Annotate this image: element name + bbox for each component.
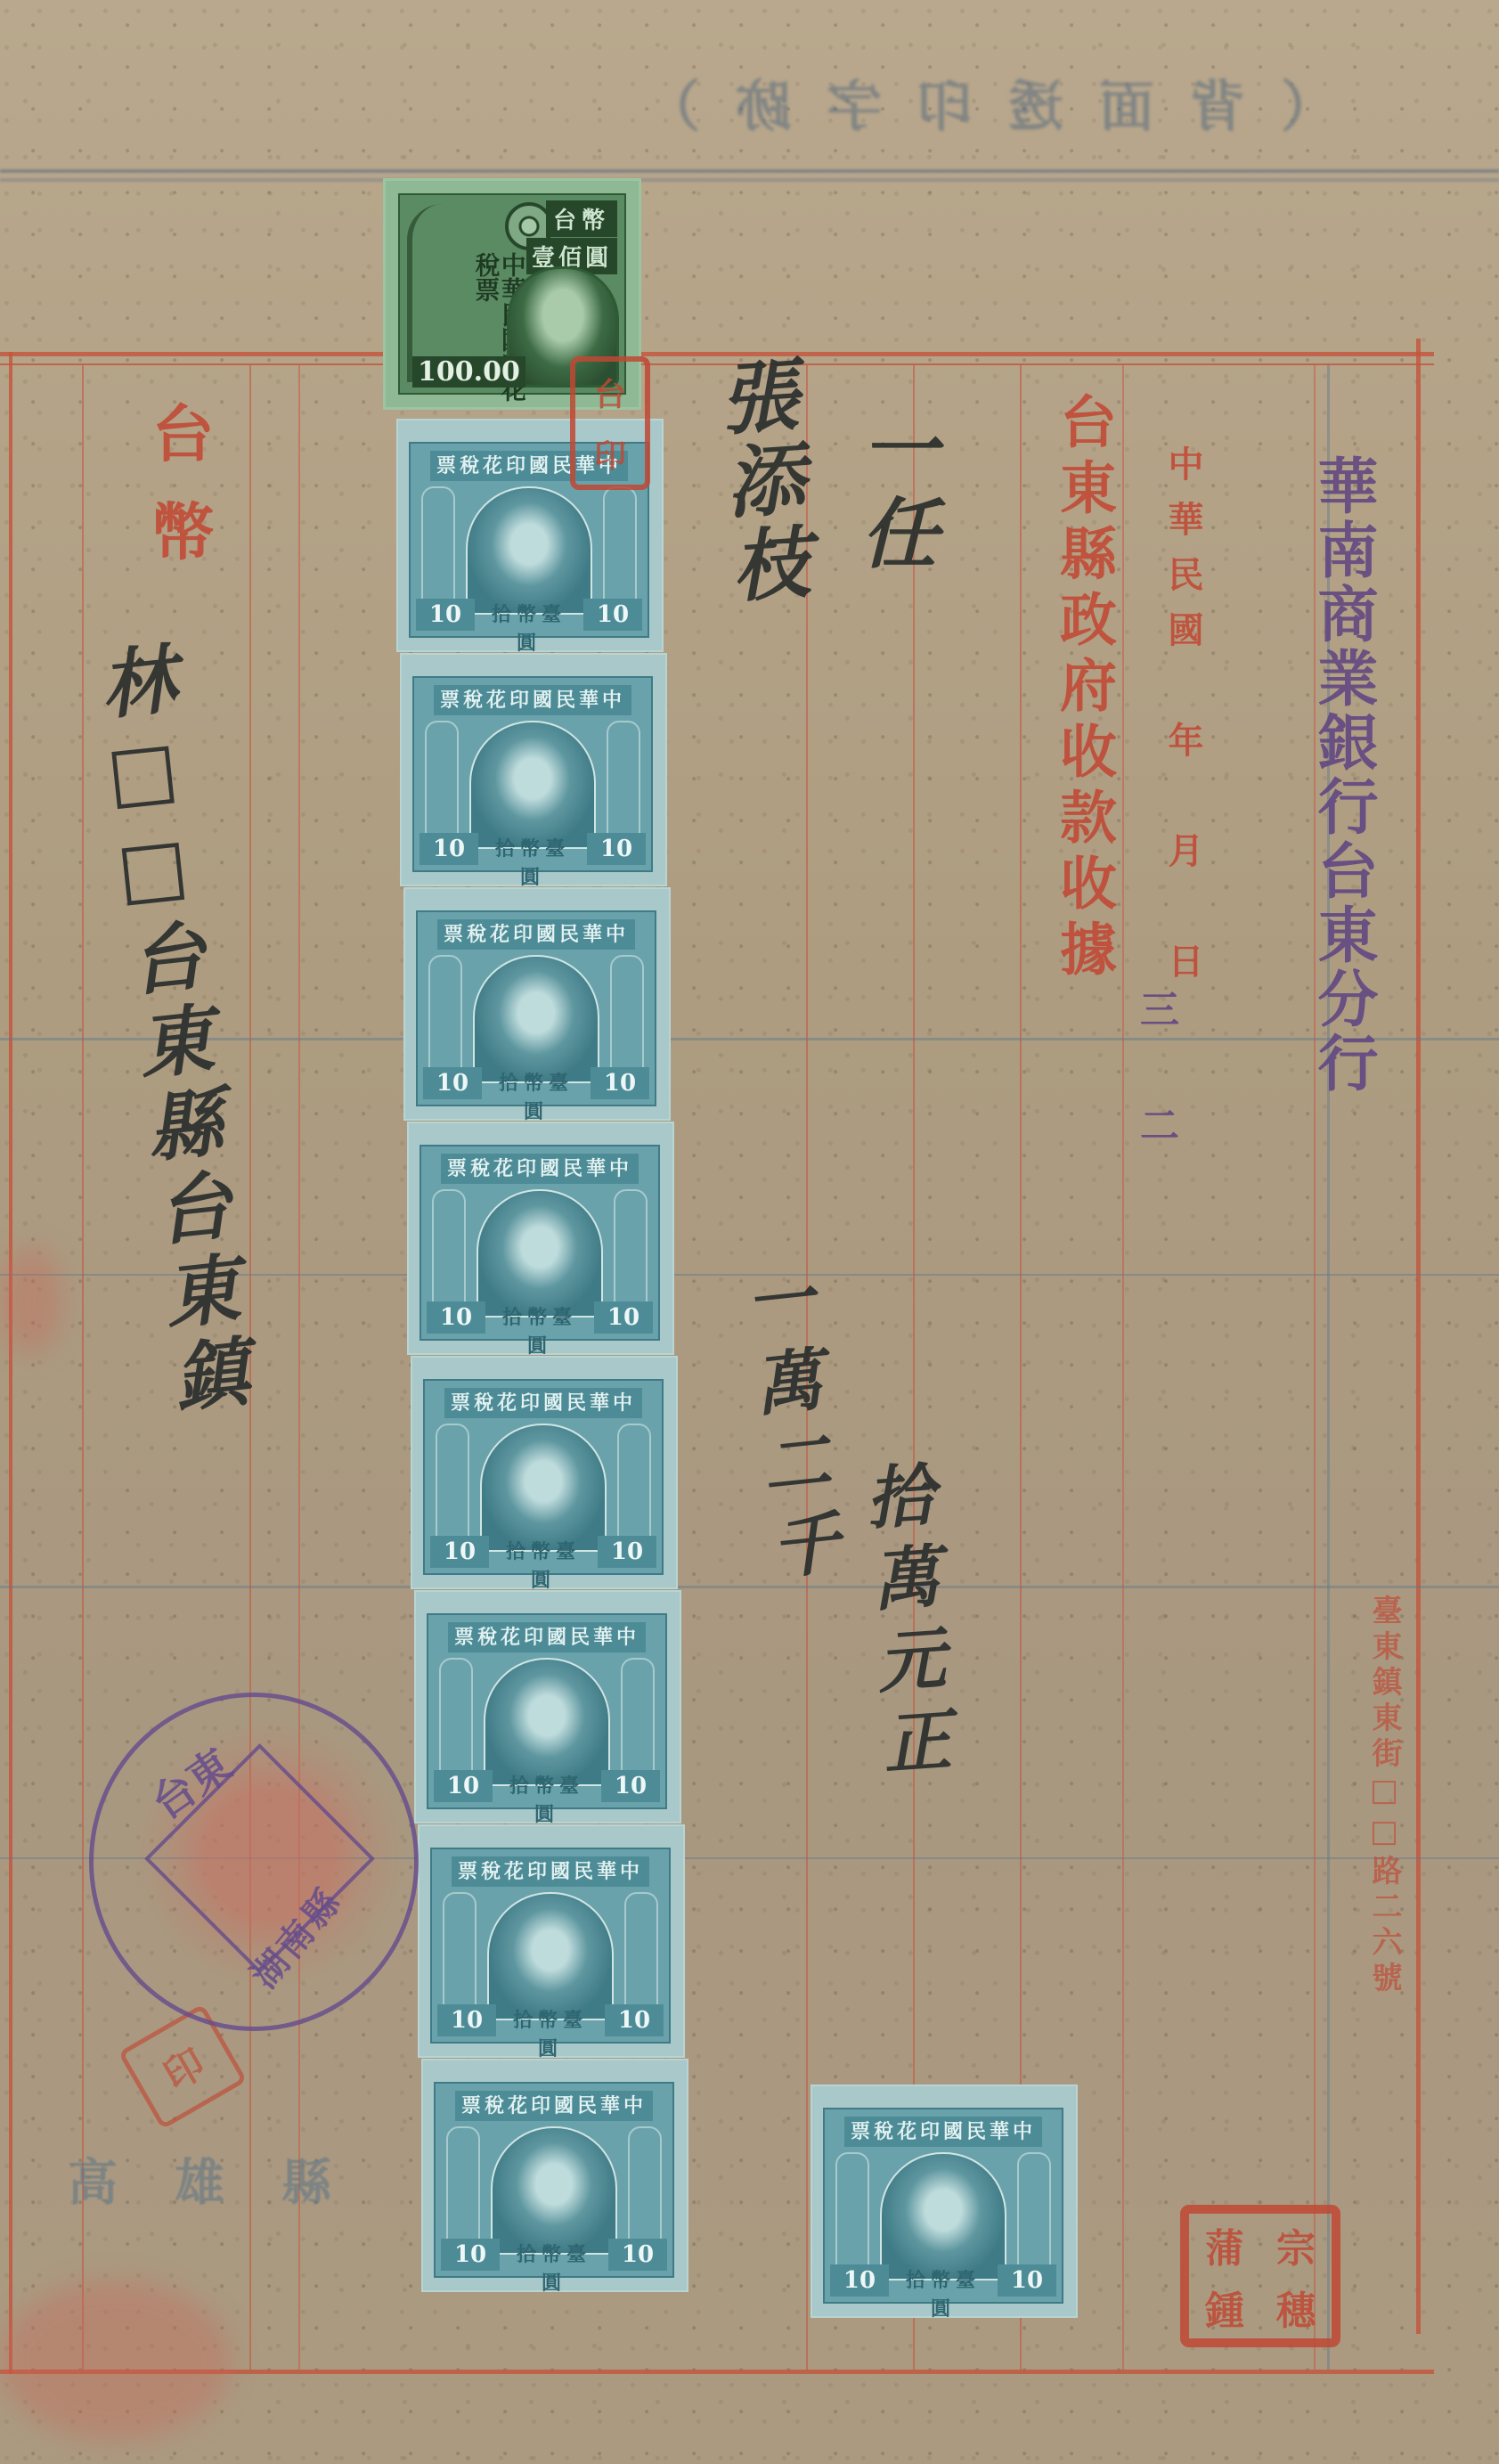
portrait-icon [487, 1892, 614, 2020]
stamp-denomination: 臺幣拾圓 [480, 600, 578, 629]
stamp-value: 10 [583, 599, 642, 631]
stamp-title: 中華民國印花稅票 [444, 1388, 642, 1418]
ornament-icon [614, 1189, 648, 1318]
red-frame-left [9, 352, 12, 2374]
stamp-denomination: 臺幣拾圓 [894, 2266, 992, 2295]
handwriting-center: 一任 [837, 410, 948, 577]
column-line [1020, 365, 1022, 2370]
stamp-value: 10 [608, 2239, 667, 2271]
stamp-value: 10 [430, 1536, 489, 1568]
red-smudge [0, 2280, 232, 2441]
seal-square-bottom-right: 蒲 宗 鍾 穗 [1180, 2205, 1340, 2347]
stamp-denomination: 臺幣拾圓 [505, 2240, 603, 2269]
stamp-denomination: 臺幣拾圓 [487, 1069, 585, 1097]
stamp-currency: 台幣 [546, 200, 617, 237]
stamp-value: 10 [587, 833, 646, 865]
stamp-value: 10 [420, 833, 478, 865]
bottom-printed-2: 雄 [160, 2156, 232, 2206]
stamp-value: 10 [427, 1301, 485, 1334]
stamp-denomination: 臺幣拾圓 [491, 1303, 589, 1332]
revenue-stamp-10: 中華民國印花稅票10臺幣拾圓10 [403, 887, 671, 1121]
ornament-icon [617, 1424, 651, 1552]
ornament-icon [432, 1189, 466, 1318]
ornament-icon [446, 2126, 480, 2255]
printed-title: 台東縣政府收款收據 [1042, 392, 1124, 985]
ornament-icon [835, 2152, 869, 2280]
stamp-denomination: 臺幣拾圓 [498, 1772, 596, 1800]
printed-date: 中華民國 年 月 日 [1158, 445, 1209, 998]
stamp-value: 10 [594, 1301, 653, 1334]
stamp-value: 10 [591, 1067, 649, 1099]
portrait-icon [477, 1189, 603, 1318]
round-seal: 台東 湖南縣 [89, 1693, 419, 2031]
seal-small-top: 台 印 [570, 356, 650, 490]
ornament-icon [621, 1658, 655, 1786]
bank-stamp: 華南商業銀行台東分行 [1300, 454, 1387, 1096]
handwriting-name: 張添枝 [695, 353, 824, 611]
portrait-icon [473, 955, 599, 1083]
stamp-title: 中華民國印花稅票 [844, 2117, 1042, 2147]
blue-rule-top-2 [0, 178, 1499, 182]
ornament-icon [439, 1658, 473, 1786]
ornament-icon [624, 1892, 658, 2020]
stamp-value: 10 [437, 2004, 496, 2036]
column-line [913, 365, 915, 2370]
date-month: 二 [1127, 1105, 1184, 1144]
stamp-value: 10 [434, 1770, 493, 1802]
portrait-icon [491, 2126, 617, 2255]
blue-rule-top [0, 169, 1499, 173]
portrait-icon [880, 2152, 1006, 2280]
ornament-icon [436, 1424, 469, 1552]
stamp-value: 100.00 [412, 356, 525, 388]
ornament-icon [421, 486, 455, 615]
stamp-denomination: 臺幣拾圓 [501, 2006, 599, 2035]
grid-line [0, 1586, 1499, 1588]
ornament-icon [428, 955, 462, 1083]
stamp-title: 中華民國印花稅票 [448, 1622, 646, 1652]
red-smudge [0, 1247, 62, 1354]
revenue-stamp-10: 中華民國印花稅票10臺幣拾圓10 [411, 1356, 678, 1589]
ornament-icon [443, 1892, 477, 2020]
stamp-denomination: 臺幣拾圓 [484, 835, 582, 863]
ornament-icon [607, 721, 640, 849]
stamp-value: 10 [441, 2239, 500, 2271]
date-year: 三 [1127, 989, 1184, 1028]
revenue-stamp-10: 中華民國印花稅票10臺幣拾圓10 [400, 653, 667, 886]
red-frame-top [0, 352, 1434, 356]
stamp-value: 10 [998, 2264, 1056, 2297]
ornament-icon [628, 2126, 662, 2255]
revenue-stamp-10: 中華民國印花稅票10臺幣拾圓10 [421, 2059, 688, 2292]
palm-tree-icon [407, 204, 475, 382]
stamp-value: 10 [416, 599, 475, 631]
stamp-title: 中華民國印花稅票 [437, 919, 635, 950]
stamp-value: 10 [601, 1770, 660, 1802]
stamp-denomination: 臺幣拾圓 [494, 1538, 592, 1566]
bottom-printed-3: 縣 [267, 2156, 338, 2206]
ornament-icon [603, 486, 637, 615]
stamp-value: 10 [423, 1067, 482, 1099]
revenue-stamp-10: 中華民國印花稅票10臺幣拾圓10 [407, 1122, 674, 1355]
stamp-title: 中華民國印花稅票 [441, 1154, 639, 1184]
stamp-title: 中華民國印花稅票 [452, 1856, 649, 1887]
stamp-value: 10 [830, 2264, 889, 2297]
portrait-icon [480, 1424, 607, 1552]
stamp-value: 10 [605, 2004, 664, 2036]
ornament-icon [610, 955, 644, 1083]
stamp-title: 中華民國印花稅票 [434, 685, 631, 715]
portrait-icon [466, 486, 592, 615]
ornament-icon [1017, 2152, 1051, 2280]
revenue-stamp-10: 中華民國印花稅票10臺幣拾圓10 [414, 1590, 681, 1824]
stamp-title: 中華民國印花稅票 [455, 2091, 653, 2121]
printed-address: 臺東鎮東街□□路二六號 [1363, 1595, 1406, 1997]
ornament-icon [425, 721, 459, 849]
bottom-printed-1: 高 [53, 2156, 125, 2206]
revenue-stamp-10: 中華民國印花稅票10臺幣拾圓10 [418, 1824, 685, 2058]
portrait-icon [484, 1658, 610, 1786]
column-line [298, 365, 300, 2370]
left-printed-label: 台幣 [134, 401, 224, 597]
portrait-icon [469, 721, 596, 849]
showthrough-header: （背面透印字跡） [570, 62, 1336, 143]
revenue-stamp-10-single: 中華民國印花稅票 10 臺幣拾圓 10 [811, 2085, 1078, 2318]
stamp-value: 10 [598, 1536, 656, 1568]
red-frame-right [1416, 339, 1421, 2334]
